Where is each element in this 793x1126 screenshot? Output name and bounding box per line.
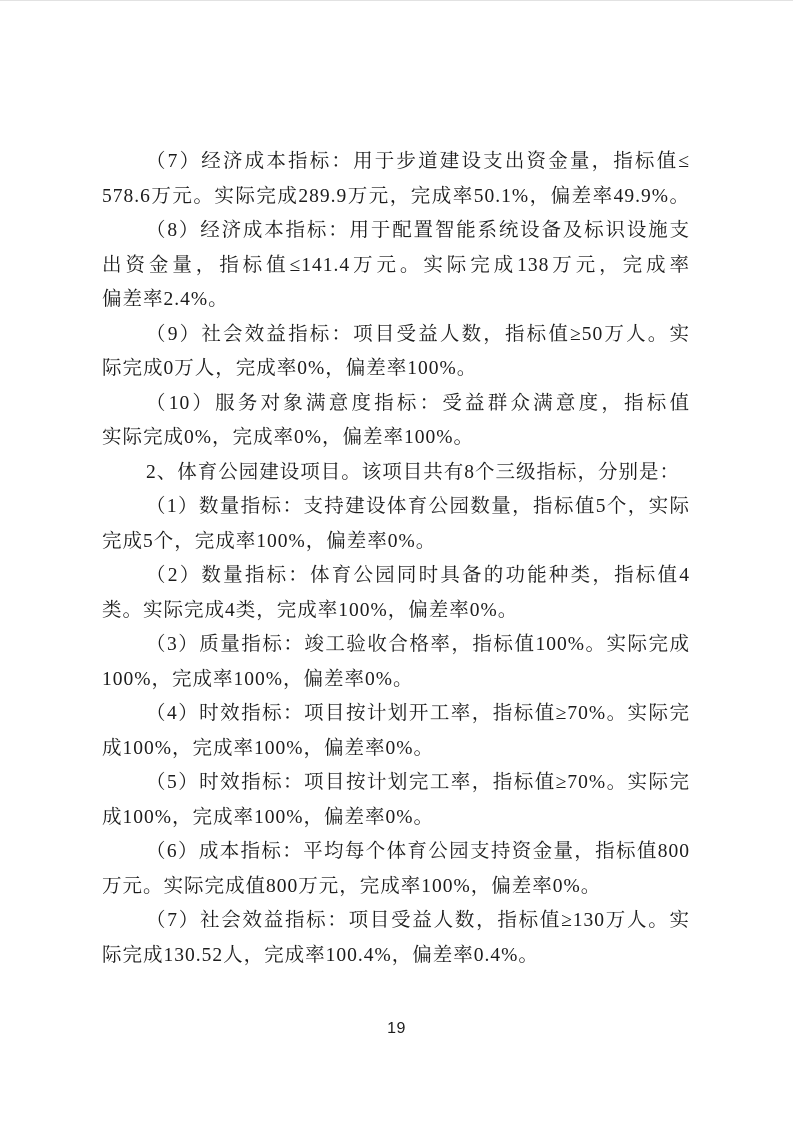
document-line: 2、体育公园建设项目。该项目共有8个三级指标，分别是：	[102, 456, 690, 491]
document-line: 100%，完成率100%，偏差率0%。	[102, 663, 690, 698]
document-line: 578.6万元。实际完成289.9万元，完成率50.1%，偏差率49.9%。	[102, 180, 690, 215]
document-line: 类。实际完成4类，完成率100%，偏差率0%。	[102, 594, 690, 629]
document-line: 成100%，完成率100%，偏差率0%。	[102, 732, 690, 767]
document-line: （10）服务对象满意度指标：受益群众满意度，指标值≥90%。	[102, 387, 690, 422]
document-line: 际完成0万人，完成率0%，偏差率100%。	[102, 352, 690, 387]
document-line: （9）社会效益指标：项目受益人数，指标值≥50万人。实	[102, 318, 690, 353]
document-line: 实际完成0%，完成率0%，偏差率100%。	[102, 421, 690, 456]
document-line: 完成5个，完成率100%，偏差率0%。	[102, 525, 690, 560]
document-line: （5）时效指标：项目按计划完工率，指标值≥70%。实际完	[102, 766, 690, 801]
document-line: 偏差率2.4%。	[102, 283, 690, 318]
document-line: （7）社会效益指标：项目受益人数，指标值≥130万人。实	[102, 904, 690, 939]
document-line: （8）经济成本指标：用于配置智能系统设备及标识设施支	[102, 214, 690, 249]
document-line: （1）数量指标：支持建设体育公园数量，指标值5个，实际	[102, 490, 690, 525]
document-line: （6）成本指标：平均每个体育公园支持资金量，指标值800	[102, 835, 690, 870]
document-line: 际完成130.52人，完成率100.4%，偏差率0.4%。	[102, 939, 690, 974]
document-line: （7）经济成本指标：用于步道建设支出资金量，指标值≤	[102, 145, 690, 180]
document-line: 万元。实际完成值800万元，完成率100%，偏差率0%。	[102, 870, 690, 905]
page-top-border	[0, 0, 793, 1]
document-line: 成100%，完成率100%，偏差率0%。	[102, 801, 690, 836]
document-line: （3）质量指标：竣工验收合格率，指标值100%。实际完成	[102, 628, 690, 663]
document-line: （4）时效指标：项目按计划开工率，指标值≥70%。实际完	[102, 697, 690, 732]
document-body: （7）经济成本指标：用于步道建设支出资金量，指标值≤578.6万元。实际完成28…	[102, 145, 690, 973]
document-line: （2）数量指标：体育公园同时具备的功能种类，指标值4	[102, 559, 690, 594]
document-line: 出资金量，指标值≤141.4万元。实际完成138万元，完成率97.6%，	[102, 249, 690, 284]
document-page: （7）经济成本指标：用于步道建设支出资金量，指标值≤578.6万元。实际完成28…	[0, 0, 793, 1126]
page-number: 19	[0, 1020, 793, 1038]
